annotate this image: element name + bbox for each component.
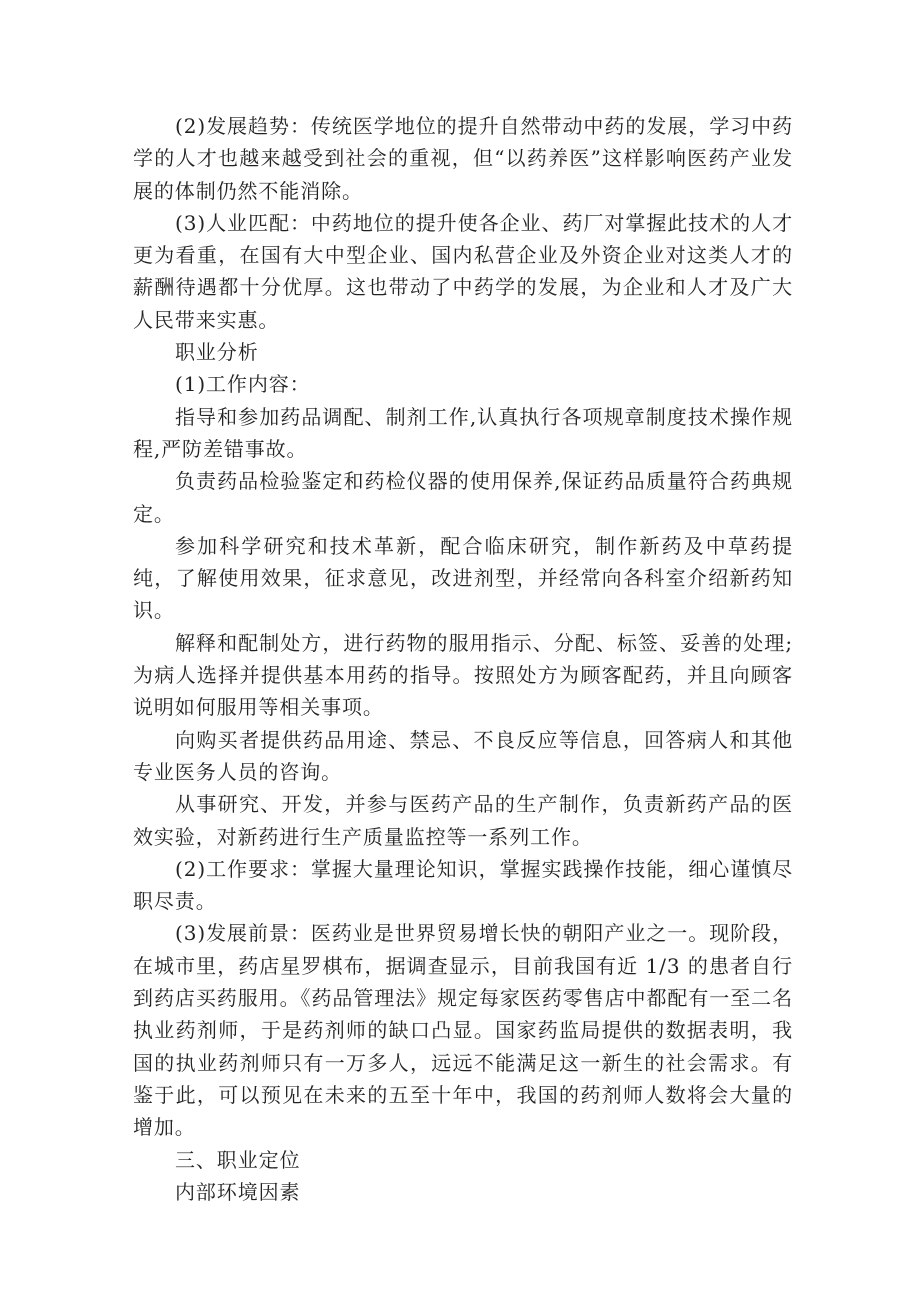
paragraph-development-prospects: (3)发展前景：医药业是世界贸易增长快的朝阳产业之一。现阶段，在城市里，药店星罗… [133,917,793,1143]
heading-work-content: (1)工作内容： [133,368,793,400]
paragraph-work-item-6: 从事研究、开发，并参与医药产品的生产制作，负责新药产品的医效实验，对新药进行生产… [133,788,793,853]
paragraph-work-item-2: 负责药品检验鉴定和药检仪器的使用保养,保证药品质量符合药典规定。 [133,465,793,530]
paragraph-work-requirements: (2)工作要求：掌握大量理论知识，掌握实践操作技能，细心谨慎尽职尽责。 [133,853,793,918]
heading-internal-factors: 内部环境因素 [133,1176,793,1208]
paragraph-person-job-match: (3)人业匹配：中药地位的提升使各企业、药厂对掌握此技术的人才更为看重，在国有大… [133,207,793,336]
paragraph-work-item-5: 向购买者提供药品用途、禁忌、不良反应等信息，回答病人和其他专业医务人员的咨询。 [133,724,793,789]
heading-career-analysis: 职业分析 [133,336,793,368]
heading-career-positioning: 三、职业定位 [133,1144,793,1176]
paragraph-work-item-1: 指导和参加药品调配、制剂工作,认真执行各项规章制度技术操作规程,严防差错事故。 [133,401,793,466]
paragraph-development-trend: (2)发展趋势：传统医学地位的提升自然带动中药的发展，学习中药学的人才也越来越受… [133,110,793,207]
paragraph-work-item-4: 解释和配制处方，进行药物的服用指示、分配、标签、妥善的处理;为病人选择并提供基本… [133,627,793,724]
document-page: (2)发展趋势：传统医学地位的提升自然带动中药的发展，学习中药学的人才也越来越受… [133,110,793,1208]
paragraph-work-item-3: 参加科学研究和技术革新，配合临床研究，制作新药及中草药提纯，了解使用效果，征求意… [133,530,793,627]
